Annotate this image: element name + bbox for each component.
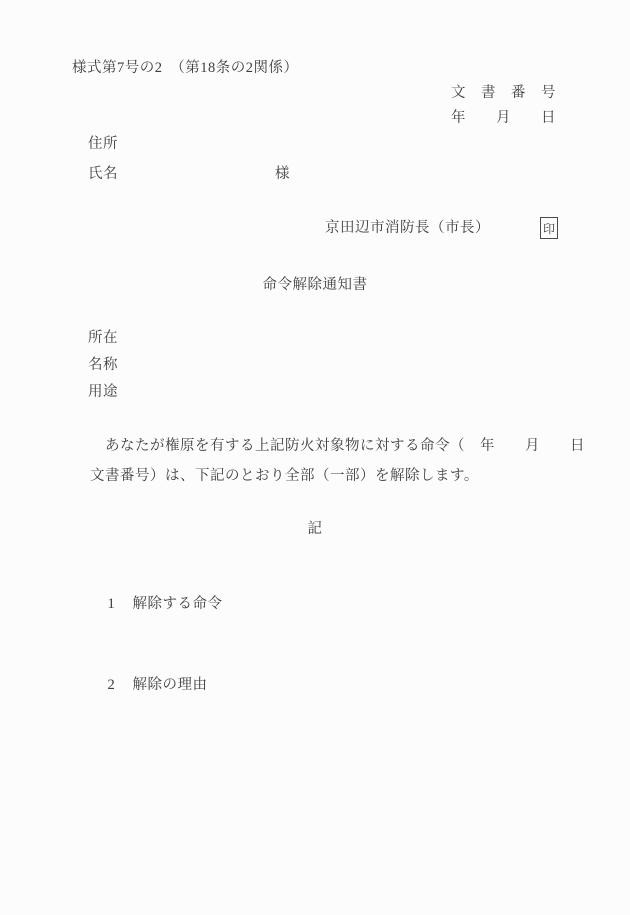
item-label: 解除の理由 xyxy=(133,677,208,693)
issuer-name: 京田辺市消防長（市長） xyxy=(325,220,490,237)
item-number: 1 xyxy=(108,596,133,613)
list-item-cancelled-order: 1解除する命令 xyxy=(93,575,223,630)
form-number: 様式第7号の2 （第18条の2関係） xyxy=(72,60,299,77)
document-title: 命令解除通知書 xyxy=(0,277,630,294)
item-label: 解除する命令 xyxy=(133,596,223,612)
document-number-label: 文 書 番 号 xyxy=(451,85,556,102)
document-page: 様式第7号の2 （第18条の2関係） 文 書 番 号 年 月 日 住所 氏名 様… xyxy=(0,0,630,915)
ki-marker: 記 xyxy=(0,521,630,538)
seal-mark: 印 xyxy=(540,217,558,239)
property-name-label: 名称 xyxy=(88,357,118,374)
property-use-label: 用途 xyxy=(88,384,118,401)
date-placeholder: 年 月 日 xyxy=(451,110,556,127)
body-paragraph-line1: あなたが権原を有する上記防火対象物に対する命令（ 年 月 日 xyxy=(105,438,585,455)
recipient-name-label: 氏名 xyxy=(88,166,118,183)
item-number: 2 xyxy=(108,677,133,694)
seal-character: 印 xyxy=(543,220,555,237)
recipient-honorific: 様 xyxy=(275,166,290,183)
body-paragraph-line2: 文書番号）は、下記のとおり全部（一部）を解除します。 xyxy=(90,468,479,485)
recipient-address-label: 住所 xyxy=(88,136,118,153)
property-location-label: 所在 xyxy=(88,330,118,347)
list-item-cancellation-reason: 2解除の理由 xyxy=(93,656,208,711)
